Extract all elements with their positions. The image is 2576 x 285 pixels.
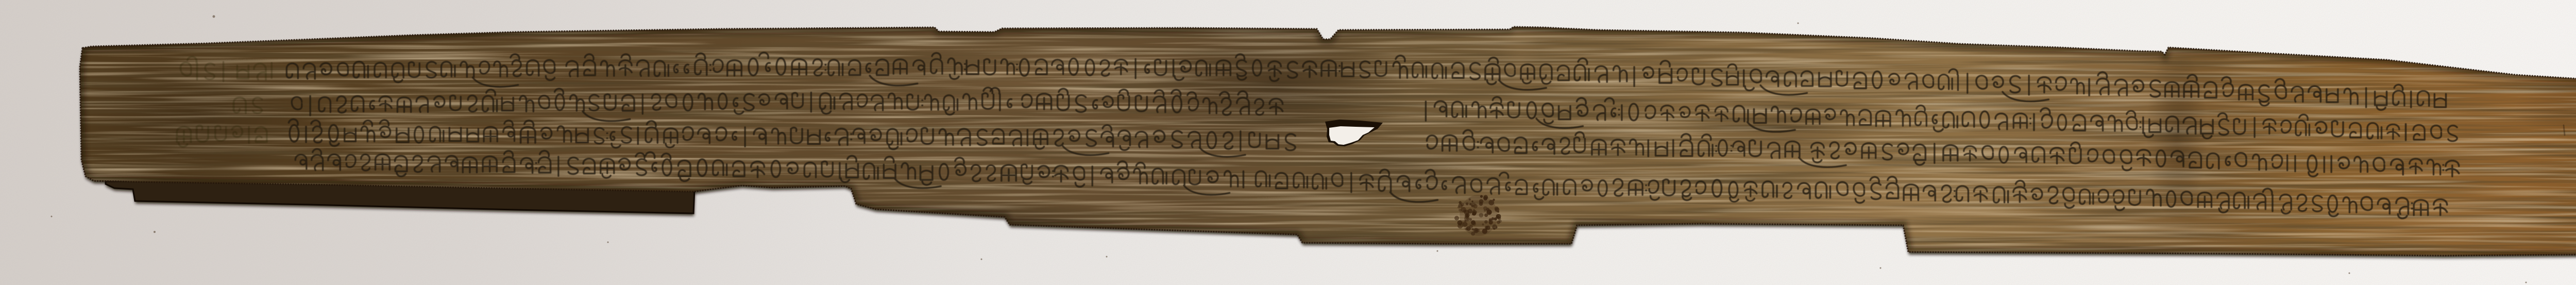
- dust-speck: [1880, 267, 1882, 269]
- dust-speck: [607, 242, 609, 243]
- dust-speck: [51, 216, 53, 217]
- dust-speck: [1106, 256, 1108, 258]
- dust-speck: [1798, 23, 1799, 24]
- dust-speck: [981, 259, 982, 260]
- dust-speck: [154, 231, 156, 233]
- dust-speck: [2349, 273, 2350, 274]
- manuscript-photo: [0, 0, 2576, 285]
- dust-speck: [213, 15, 215, 18]
- stray-ink-marks: [2564, 125, 2565, 135]
- dust-speck: [1437, 250, 1438, 252]
- light-patch: [2287, 186, 2555, 258]
- dust-speck: [2526, 282, 2527, 283]
- dark-patch: [62, 46, 330, 191]
- stray-mark: [2564, 125, 2565, 135]
